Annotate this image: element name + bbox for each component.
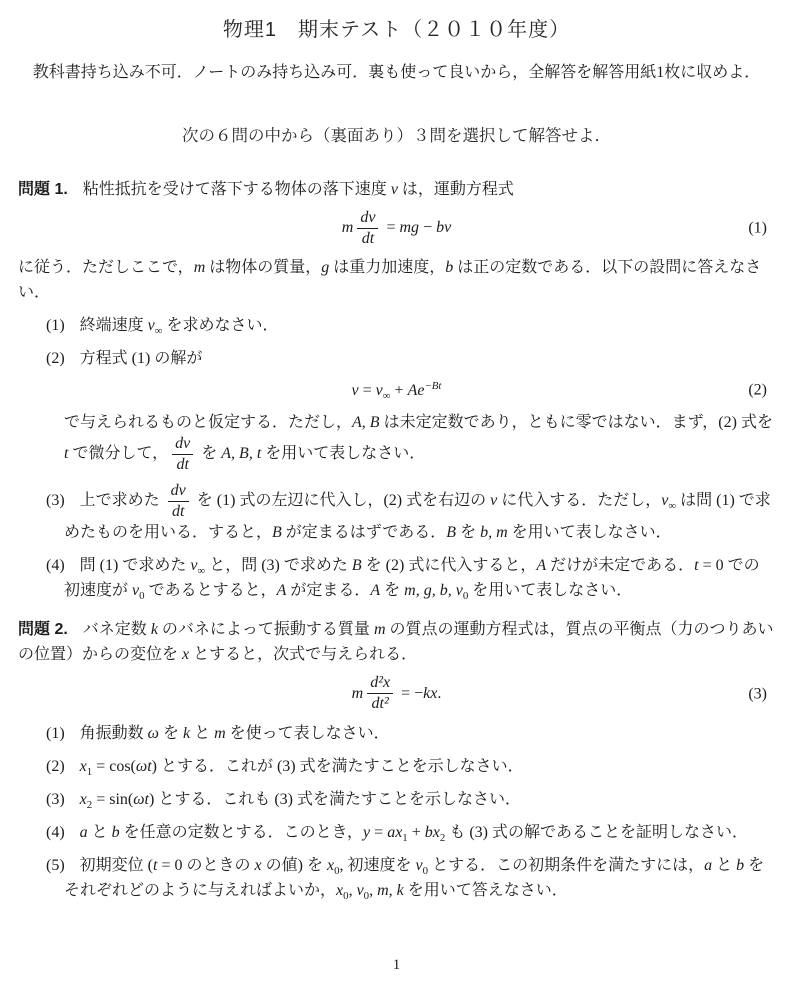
- item-number: (1): [46, 317, 65, 334]
- item-number: (2): [46, 758, 65, 775]
- inline-fraction: dvdt: [357, 209, 378, 248]
- equation-1-tag: (1): [748, 216, 767, 241]
- page-title: 物理1 期末テスト（２０１０年度）: [18, 13, 775, 42]
- equation-3-tag: (3): [748, 681, 767, 706]
- page-number: 1: [0, 957, 793, 974]
- exam-page: 物理1 期末テスト（２０１０年度） 教科書持ち込み不可．ノートのみ持ち込み可．裏…: [0, 13, 793, 903]
- item-number: (2): [46, 350, 65, 367]
- exam-rules-text: 教科書持ち込み不可．ノートのみ持ち込み可．裏も使って良いから，全解答を解答用紙1…: [18, 61, 775, 85]
- selection-instruction: 次の６問の中から（裏面あり）３問を選択して解答せよ．: [18, 122, 775, 146]
- item-body: 上で求めた dvdt を (1) 式の左辺に代入し，(2) 式を右辺の v に代…: [64, 492, 771, 542]
- problem-2-item-2: (2)x1 = cos(ωt) とする．これが (3) 式を満たすことを示しなさ…: [64, 754, 775, 779]
- problem-1-item-4: (4)問 (1) で求めた v∞ と，問 (3) で求めた B を (2) 式に…: [64, 553, 775, 603]
- item-body: x1 = cos(ωt) とする．これが (3) 式を満たすことを示しなさい．: [80, 758, 524, 775]
- problem-2-item-3: (3)x2 = sin(ωt) とする．これも (3) 式を満たすことを示しなさ…: [64, 787, 775, 812]
- equation-3-math: md²xdt² = −kx.: [352, 685, 442, 702]
- item-number: (4): [46, 824, 65, 841]
- equation-3: md²xdt² = −kx. (3): [18, 674, 775, 713]
- problem-1-item-1: (1)終端速度 v∞ を求めなさい．: [64, 313, 775, 338]
- problem-1-label: 問題 1.: [18, 181, 68, 198]
- problem-1-heading: 問題 1.粘性抵抗を受けて落下する物体の落下速度 v は，運動方程式: [18, 177, 775, 202]
- item-body: 方程式 (1) の解が: [80, 350, 203, 367]
- problem-2-item-1: (1)角振動数 ω を k と m を使って表しなさい．: [64, 721, 775, 746]
- item-body: a と b を任意の定数とする．このとき，y = ax1 + bx2 も (3)…: [80, 824, 748, 841]
- item-body: 終端速度 v∞ を求めなさい．: [80, 317, 279, 334]
- inline-fraction: dvdt: [172, 435, 193, 474]
- problem-2-item-5: (5)初期変位 (t = 0 のときの x の値) を x0, 初速度を v0 …: [64, 853, 775, 903]
- problem-2-label: 問題 2.: [18, 621, 68, 638]
- equation-1-math: mdvdt = mg − bv: [342, 219, 451, 236]
- item-body: 問 (1) で求めた v∞ と，問 (3) で求めた B を (2) 式に代入す…: [64, 557, 760, 599]
- item-body: x2 = sin(ωt) とする．これも (3) 式を満たすことを示しなさい．: [80, 791, 521, 808]
- inline-fraction: dvdt: [168, 482, 189, 521]
- inline-fraction: d²xdt²: [367, 674, 393, 713]
- problem-1-item-2-continuation: で与えられるものと仮定する．ただし，A, B は未定定数であり，ともに零ではない…: [64, 410, 775, 474]
- equation-1: mdvdt = mg − bv (1): [18, 209, 775, 248]
- item-number: (4): [46, 557, 65, 574]
- item-number: (5): [46, 857, 65, 874]
- item-number: (3): [46, 492, 65, 509]
- problem-1-intro: 粘性抵抗を受けて落下する物体の落下速度 v は，運動方程式: [83, 181, 514, 198]
- item-body: 角振動数 ω を k と m を使って表しなさい．: [80, 725, 390, 742]
- problem-1-item-2: (2)方程式 (1) の解が: [64, 346, 775, 371]
- equation-2-math: v = v∞ + Ae−Bt: [352, 382, 442, 399]
- item-number: (3): [46, 791, 65, 808]
- problem-1-after-equation: に従う．ただしここで，m は物体の質量，g は重力加速度，b は正の定数である．…: [18, 255, 775, 305]
- problem-2-intro: バネ定数 k のバネによって振動する質量 m の質点の運動方程式は，質点の平衡点…: [18, 621, 774, 663]
- equation-2: v = v∞ + Ae−Bt (2): [18, 378, 775, 403]
- item-body: 初期変位 (t = 0 のときの x の値) を x0, 初速度を v0 とする…: [64, 857, 764, 899]
- item-number: (1): [46, 725, 65, 742]
- equation-2-tag: (2): [748, 378, 767, 403]
- problem-2-item-4: (4)a と b を任意の定数とする．このとき，y = ax1 + bx2 も …: [64, 820, 775, 845]
- problem-1-item-3: (3)上で求めた dvdt を (1) 式の左辺に代入し，(2) 式を右辺の v…: [64, 482, 775, 546]
- problem-2-heading: 問題 2.バネ定数 k のバネによって振動する質量 m の質点の運動方程式は，質…: [18, 617, 775, 667]
